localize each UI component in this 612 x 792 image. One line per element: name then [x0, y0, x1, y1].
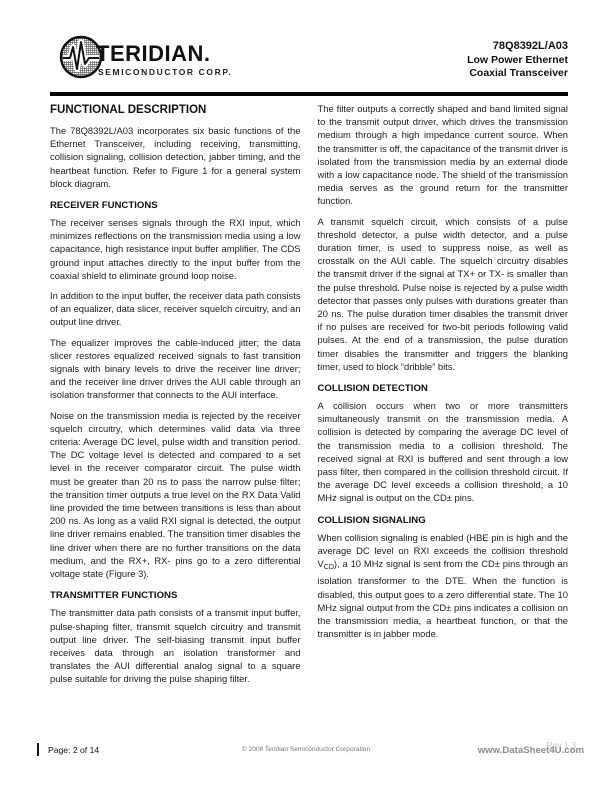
brand-subtitle: SEMICONDUCTOR CORP.	[96, 67, 232, 77]
part-number: 78Q8392L/A03	[467, 40, 568, 54]
paragraph: A collision occurs when two or more tran…	[318, 399, 569, 505]
paragraph: In addition to the input buffer, the rec…	[50, 289, 301, 329]
brand-name: TERIDIAN.	[96, 43, 232, 65]
datasheet4u-watermark: www.DataSheet4U.com	[478, 745, 584, 756]
paragraph: A transmit squelch circuit, which consis…	[318, 215, 569, 373]
logo-text: TERIDIAN. SEMICONDUCTOR CORP.	[96, 43, 232, 77]
paragraph: Noise on the transmission media is rejec…	[50, 409, 301, 581]
product-title-line2: Coaxial Transceiver	[467, 67, 568, 81]
body-columns: FUNCTIONAL DESCRIPTION The 78Q8392L/A03 …	[50, 102, 568, 693]
paragraph: The filter outputs a correctly shaped an…	[318, 102, 569, 208]
left-column: FUNCTIONAL DESCRIPTION The 78Q8392L/A03 …	[50, 102, 301, 693]
receiver-functions-heading: RECEIVER FUNCTIONS	[50, 200, 301, 211]
section-title: FUNCTIONAL DESCRIPTION	[50, 104, 301, 116]
paragraph-text: ), a 10 MHz signal is sent from the CD± …	[318, 558, 569, 639]
page-header: TERIDIAN. SEMICONDUCTOR CORP. 78Q8392L/A…	[50, 34, 568, 85]
paragraph: When collision signaling is enabled (HBE…	[318, 531, 569, 641]
footer-right: Rev 1.3 www.DataSheet4U.com	[434, 740, 584, 766]
content-frame: TERIDIAN. SEMICONDUCTOR CORP. 78Q8392L/A…	[50, 34, 568, 693]
paragraph: The 78Q8392L/A03 incorporates six basic …	[50, 124, 301, 190]
transmitter-functions-heading: TRANSMITTER FUNCTIONS	[50, 590, 301, 601]
teridian-logo: TERIDIAN. SEMICONDUCTOR CORP.	[58, 34, 232, 85]
document-title-block: 78Q8392L/A03 Low Power Ethernet Coaxial …	[467, 34, 568, 81]
right-column: The filter outputs a correctly shaped an…	[318, 102, 569, 693]
paragraph: The transmitter data path consists of a …	[50, 606, 301, 685]
page-footer: Page: 2 of 14 © 2008 Teridian Semiconduc…	[0, 740, 612, 766]
collision-detection-heading: COLLISION DETECTION	[318, 383, 569, 394]
vcd-subscript: CD	[324, 564, 334, 571]
paragraph: The receiver senses signals through the …	[50, 216, 301, 282]
product-title-line1: Low Power Ethernet	[467, 54, 568, 68]
paragraph: The equalizer improves the cable-induced…	[50, 336, 301, 402]
datasheet-page: TERIDIAN. SEMICONDUCTOR CORP. 78Q8392L/A…	[0, 0, 612, 792]
header-rule	[50, 92, 568, 96]
collision-signaling-heading: COLLISION SIGNALING	[318, 515, 569, 526]
